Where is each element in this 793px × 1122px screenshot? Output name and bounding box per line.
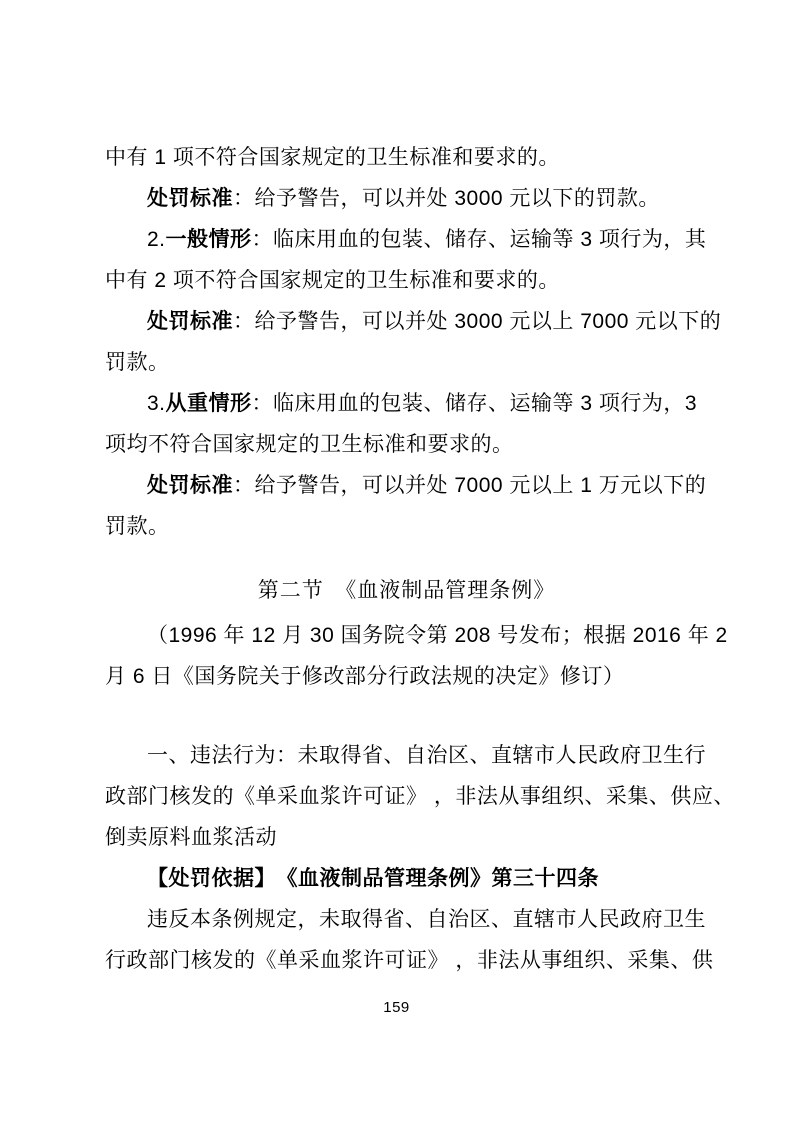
- section-heading: 第二节 《血液制品管理条例》: [105, 570, 708, 611]
- text-line: 政部门核发的《单采血浆许可证》 ，非法从事组织、采集、供应、: [105, 776, 708, 817]
- text-run: 中有 1 项不符合国家规定的卫生标准和要求的。: [105, 146, 560, 169]
- document-page: 中有 1 项不符合国家规定的卫生标准和要求的。处罚标准：给予警告，可以并处 30…: [0, 0, 793, 1122]
- text-line: 处罚标准：给予警告，可以并处 7000 元以上 1 万元以下的: [105, 465, 708, 506]
- text-run: 2.: [147, 228, 166, 251]
- text-run: 项均不符合国家规定的卫生标准和要求的。: [105, 433, 514, 456]
- text-line: 一、违法行为：未取得省、自治区、直辖市人民政府卫生行: [105, 735, 708, 776]
- bold-text-run: 从重情形: [166, 392, 252, 415]
- paragraph-spacer: [105, 697, 708, 735]
- text-run: 一、违法行为：未取得省、自治区、直辖市人民政府卫生行: [147, 744, 706, 767]
- text-run: 罚款。: [105, 515, 170, 538]
- text-run: ：临床用血的包装、储存、运输等 3 项行为，3: [252, 392, 698, 415]
- document-body: 中有 1 项不符合国家规定的卫生标准和要求的。处罚标准：给予警告，可以并处 30…: [105, 137, 708, 981]
- text-line: 罚款。: [105, 506, 708, 547]
- text-run: 政部门核发的《单采血浆许可证》 ，非法从事组织、采集、供应、: [105, 785, 735, 808]
- text-line: 行政部门核发的《单采血浆许可证》 ，非法从事组织、采集、供: [105, 940, 708, 981]
- bold-text-run: 处罚标准: [147, 310, 233, 333]
- text-line: 中有 1 项不符合国家规定的卫生标准和要求的。: [105, 137, 708, 178]
- text-run: 倒卖原料血浆活动: [105, 826, 277, 849]
- text-line: 项均不符合国家规定的卫生标准和要求的。: [105, 424, 708, 465]
- text-line: 倒卖原料血浆活动: [105, 817, 708, 858]
- text-run: ：临床用血的包装、储存、运输等 3 项行为，其: [252, 228, 707, 251]
- text-line: （1996 年 12 月 30 国务院令第 208 号发布；根据 2016 年 …: [105, 615, 708, 656]
- text-run: 月 6 日《国务院关于修改部分行政法规的决定》修订）: [105, 665, 624, 688]
- text-run: 3.: [147, 392, 166, 415]
- text-line: 违反本条例规定，未取得省、自治区、直辖市人民政府卫生: [105, 899, 708, 940]
- text-run: 行政部门核发的《单采血浆许可证》 ，非法从事组织、采集、供: [105, 949, 713, 972]
- text-line: 处罚标准：给予警告，可以并处 3000 元以下的罚款。: [105, 178, 708, 219]
- text-run: ：给予警告，可以并处 7000 元以上 1 万元以下的: [233, 474, 706, 497]
- text-run: ：给予警告，可以并处 3000 元以下的罚款。: [233, 187, 660, 210]
- bold-text-run: 处罚标准: [147, 474, 233, 497]
- text-line: 【处罚依据】 《血液制品管理条例》第三十四条: [105, 858, 708, 899]
- text-line: 3.从重情形：临床用血的包装、储存、运输等 3 项行为，3: [105, 383, 708, 424]
- text-run: 违反本条例规定，未取得省、自治区、直辖市人民政府卫生: [147, 908, 706, 931]
- page-number: 159: [0, 997, 793, 1019]
- text-run: 中有 2 项不符合国家规定的卫生标准和要求的。: [105, 269, 560, 292]
- text-line: 罚款。: [105, 342, 708, 383]
- text-line: 处罚标准：给予警告，可以并处 3000 元以上 7000 元以下的: [105, 301, 708, 342]
- bold-text-run: 一般情形: [166, 228, 252, 251]
- text-run: ：给予警告，可以并处 3000 元以上 7000 元以下的: [233, 310, 721, 333]
- bold-text-run: 处罚标准: [147, 187, 233, 210]
- text-run: 罚款。: [105, 351, 170, 374]
- bold-text-run: 【处罚依据】 《血液制品管理条例》第三十四条: [147, 867, 599, 890]
- text-run: （1996 年 12 月 30 国务院令第 208 号发布；根据 2016 年 …: [147, 624, 728, 647]
- text-run: 第二节 《血液制品管理条例》: [258, 579, 556, 602]
- text-line: 2.一般情形：临床用血的包装、储存、运输等 3 项行为，其: [105, 219, 708, 260]
- text-line: 月 6 日《国务院关于修改部分行政法规的决定》修订）: [105, 656, 708, 697]
- text-line: 中有 2 项不符合国家规定的卫生标准和要求的。: [105, 260, 708, 301]
